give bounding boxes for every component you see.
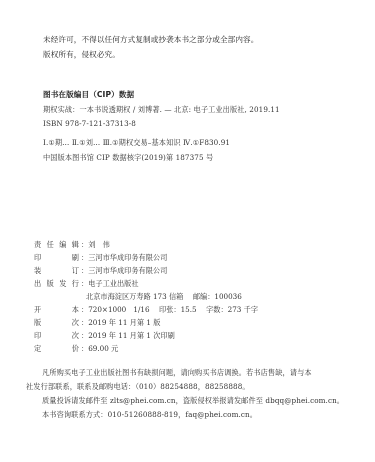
rights-reserved: 版权所有，侵权必究。 <box>43 50 120 60</box>
colophon-value: 2019 年 11 月第 1 版 <box>88 318 160 328</box>
isbn: ISBN 978-7-121-37313-8 <box>43 119 136 129</box>
colophon-label: 出版发行 <box>34 279 81 289</box>
notice-complaint-email: 质量投诉请发邮件至 zlts@phei.com.cn，盗版侵权举报请发邮件至 d… <box>42 396 344 406</box>
colophon-value: 三河市华成印务有限公司 <box>88 253 167 263</box>
colophon-value: 北京市海淀区万寿路 173 信箱 邮编：100036 <box>86 292 242 302</box>
cip-number: 中国版本图书馆 CIP 数据核字(2019)第 187375 号 <box>43 153 213 163</box>
colophon-label: 版次 <box>34 318 81 328</box>
colophon-row-address: 北京市海淀区万寿路 173 信箱 邮编：100036 <box>86 292 242 302</box>
notice-consult: 本书咨询联系方式：010-51260888-819，faq@phei.com.c… <box>42 410 257 420</box>
copyright-page: 未经许可，不得以任何方式复制或抄袭本书之部分或全部内容。 版权所有，侵权必究。 … <box>0 0 375 462</box>
notice-contact-phone: 社发行部联系，联系及邮购电话：（010）88254888，88258888。 <box>26 382 250 392</box>
cip-entry: 期权实战：一本书说透期权 / 刘博著. — 北京: 电子工业出版社, 2019.… <box>43 105 280 115</box>
colophon-row-price: 定价：69.00 元 <box>34 344 118 354</box>
colophon-value: 三河市华成印务有限公司 <box>88 266 167 276</box>
colophon-label: 开本 <box>34 305 81 315</box>
colophon-row-format: 开本：720×1000 1/16 印张：15.5 字数：273 千字 <box>34 305 258 315</box>
colophon-value: 刘 伟 <box>88 240 110 250</box>
colophon-label: 装订 <box>34 266 81 276</box>
colophon-row-edition: 版次：2019 年 11 月第 1 版 <box>34 318 160 328</box>
colophon-row-binder: 装订：三河市华成印务有限公司 <box>34 266 167 276</box>
cip-heading: 图书在版编目（CIP）数据 <box>43 90 134 100</box>
colophon-value: 2019 年 11 月第 1 次印刷 <box>88 331 175 341</box>
colophon-label: 定价 <box>34 344 81 354</box>
cip-classification: Ⅰ.①期… Ⅱ.①刘… Ⅲ.①期权交易–基本知识 Ⅳ.①F830.91 <box>43 138 230 148</box>
colophon-label: 印次 <box>34 331 81 341</box>
colophon-value: 69.00 元 <box>88 344 118 354</box>
colophon-row-editor: 责任编辑：刘 伟 <box>34 240 110 250</box>
colophon-label: 责任编辑 <box>34 240 81 250</box>
colophon-value: 电子工业出版社 <box>88 279 138 289</box>
notice-defect: 凡所购买电子工业出版社图书有缺损问题，请向购买书店调换。若书店售缺，请与本 <box>42 368 312 378</box>
copyright-notice: 未经许可，不得以任何方式复制或抄袭本书之部分或全部内容。 <box>43 35 258 45</box>
colophon-value: 720×1000 1/16 印张：15.5 字数：273 千字 <box>88 305 258 315</box>
colophon-label: 印刷 <box>34 253 81 263</box>
colophon-row-printer: 印刷：三河市华成印务有限公司 <box>34 253 167 263</box>
colophon-row-printing: 印次：2019 年 11 月第 1 次印刷 <box>34 331 175 341</box>
colophon-row-publisher: 出版发行：电子工业出版社 <box>34 279 139 289</box>
